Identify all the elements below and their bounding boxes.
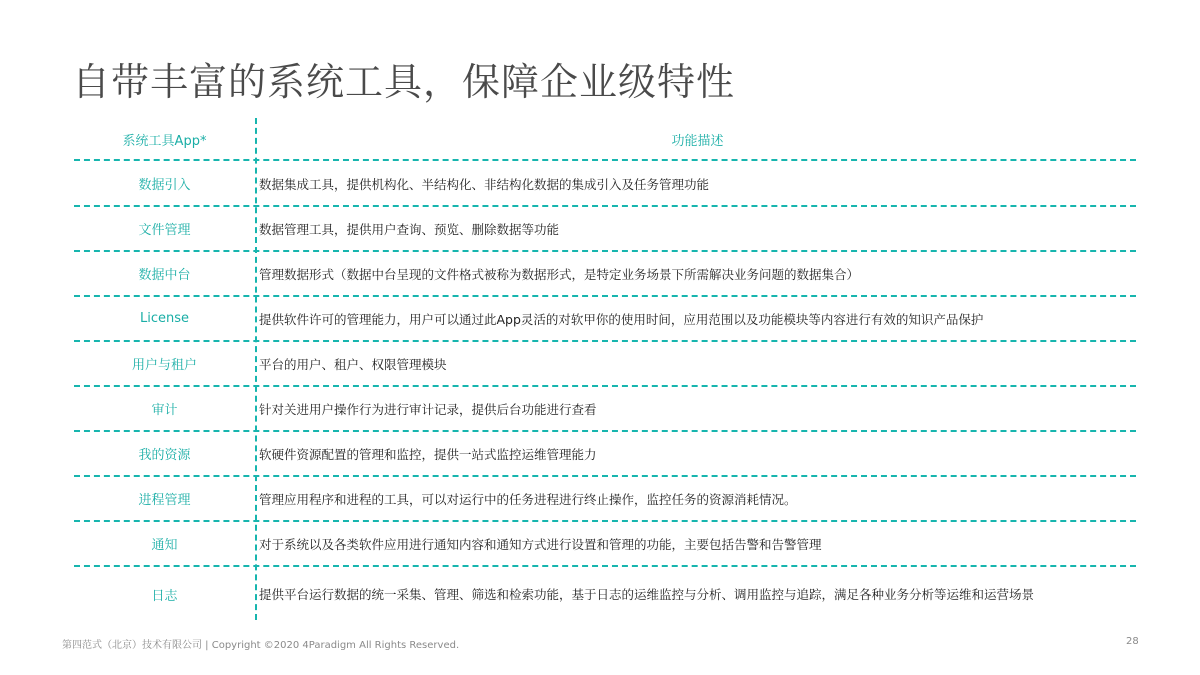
table-row: 数据中台 管理数据形式（数据中台呈现的文件格式被称为数据形式，是特定业务场景下所… [74,252,1136,297]
page-number: 28 [1126,636,1139,647]
page-title: 自带丰富的系统工具，保障企业级特性 [72,54,735,110]
tool-description: 管理应用程序和进程的工具，可以对运行中的任务进程进行终止操作，监控任务的资源消耗… [259,477,1136,520]
table-row: 我的资源 软硬件资源配置的管理和监控，提供一站式监控运维管理能力 [74,432,1136,477]
row-divider [74,159,1136,161]
tool-name: 审计 [74,387,255,430]
tool-description: 平台的用户、租户、权限管理模块 [259,342,1136,385]
tool-name: 数据引入 [74,162,255,205]
tool-description: 数据集成工具，提供机构化、半结构化、非结构化数据的集成引入及任务管理功能 [259,162,1136,205]
tool-description: 针对关进用户操作行为进行审计记录，提供后台功能进行查看 [259,387,1136,430]
table-row: License 提供软件许可的管理能力，用户可以通过此App灵活的对软甲你的使用… [74,297,1136,342]
table-row: 进程管理 管理应用程序和进程的工具，可以对运行中的任务进程进行终止操作，监控任务… [74,477,1136,522]
tool-name: 进程管理 [74,477,255,520]
tool-name: License [74,297,255,340]
table-row: 通知 对于系统以及各类软件应用进行通知内容和通知方式进行设置和管理的功能，主要包… [74,522,1136,567]
tool-description: 提供平台运行数据的统一采集、管理、筛选和检索功能，基于日志的运维监控与分析、调用… [259,567,1136,621]
tool-name: 日志 [74,567,255,621]
header-description: 功能描述 [259,118,1136,161]
tool-description: 软硬件资源配置的管理和监控，提供一站式监控运维管理能力 [259,432,1136,475]
table-row: 审计 针对关进用户操作行为进行审计记录，提供后台功能进行查看 [74,387,1136,432]
tool-description: 数据管理工具，提供用户查询、预览、删除数据等功能 [259,207,1136,250]
table-row: 文件管理 数据管理工具，提供用户查询、预览、删除数据等功能 [74,207,1136,252]
header-tool-name: 系统工具App* [74,118,255,161]
table-row: 用户与租户 平台的用户、租户、权限管理模块 [74,342,1136,387]
table-header-row: 系统工具App* 功能描述 [74,118,1136,161]
tool-name: 通知 [74,522,255,565]
table-row: 数据引入 数据集成工具，提供机构化、半结构化、非结构化数据的集成引入及任务管理功… [74,162,1136,207]
footer-copyright: 第四范式（北京）技术有限公司 | Copyright ©2020 4Paradi… [62,636,459,651]
tool-name: 文件管理 [74,207,255,250]
tool-description: 提供软件许可的管理能力，用户可以通过此App灵活的对软甲你的使用时间，应用范围以… [259,297,1136,340]
tool-description: 管理数据形式（数据中台呈现的文件格式被称为数据形式，是特定业务场景下所需解决业务… [259,252,1136,295]
tool-name: 数据中台 [74,252,255,295]
tool-name: 用户与租户 [74,342,255,385]
tool-name: 我的资源 [74,432,255,475]
table-row: 日志 提供平台运行数据的统一采集、管理、筛选和检索功能，基于日志的运维监控与分析… [74,567,1136,621]
tool-description: 对于系统以及各类软件应用进行通知内容和通知方式进行设置和管理的功能，主要包括告警… [259,522,1136,565]
